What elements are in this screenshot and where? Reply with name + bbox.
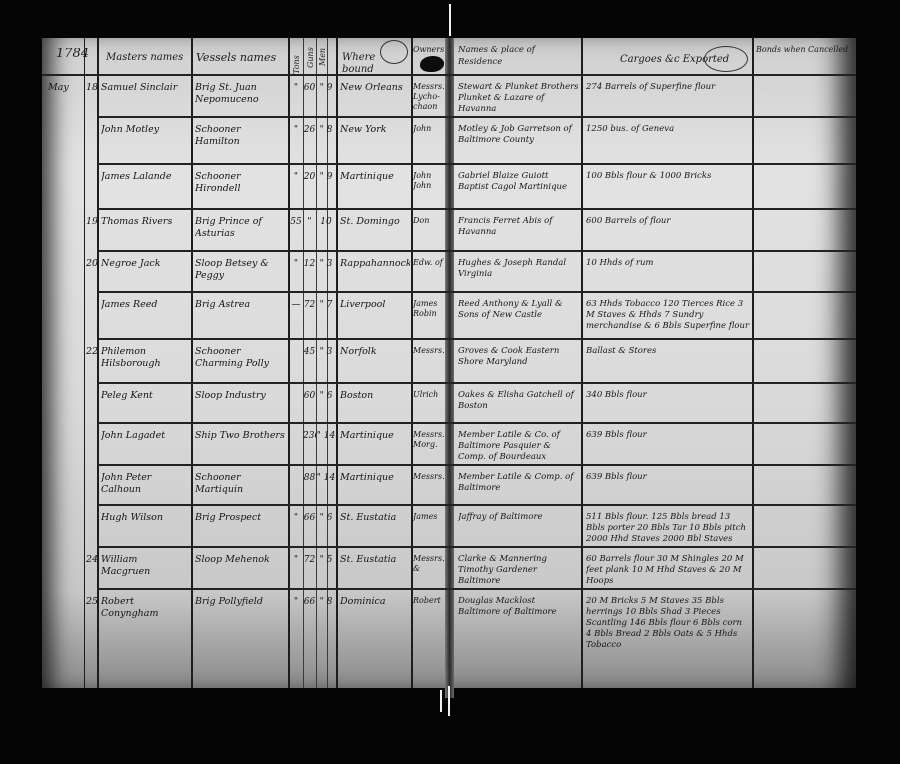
vessel-name-cell: Schooner Hirondell bbox=[195, 171, 287, 208]
owner-cell: Ulrich bbox=[413, 390, 445, 422]
vessel-name-cell: Schooner Martiquin bbox=[195, 472, 287, 504]
tons-col3-cell: " 9 bbox=[316, 171, 336, 208]
bond-cell bbox=[756, 299, 854, 338]
residence-cell: Member Latile & Co. of Baltimore Pasquie… bbox=[458, 430, 580, 464]
where-bound-cell: Liverpool bbox=[340, 299, 410, 338]
where-bound-cell: Dominica bbox=[340, 596, 410, 686]
residence-cell: Clarke & Mannering Timothy Gardener Balt… bbox=[458, 554, 580, 588]
row-rule bbox=[97, 588, 856, 590]
tons-col2-cell: 45 bbox=[303, 346, 316, 382]
vessel-name-cell: Brig Pollyfield bbox=[195, 596, 287, 686]
tons-col3-cell: 10 bbox=[316, 216, 336, 250]
residence-cell: Douglas Macklost Baltimore of Baltimore bbox=[458, 596, 580, 686]
vessel-name-cell: Brig Prospect bbox=[195, 512, 287, 546]
cargo-cell: 60 Barrels flour 30 M Shingles 20 M feet… bbox=[586, 554, 750, 588]
tons-col1-cell bbox=[289, 390, 303, 422]
tons-col3-cell: " 3 bbox=[316, 346, 336, 382]
month-cell bbox=[48, 216, 82, 250]
residence-cell: Jaffray of Baltimore bbox=[458, 512, 580, 546]
master-name-cell: Negroe Jack bbox=[101, 258, 189, 291]
row-rule bbox=[97, 163, 856, 165]
master-name-cell: Thomas Rivers bbox=[101, 216, 189, 250]
month-cell bbox=[48, 554, 82, 588]
cargo-cell: 511 Bbls flour. 125 Bbls bread 13 Bbls p… bbox=[586, 512, 750, 546]
header-bonds: Bonds when Cancelled bbox=[756, 44, 856, 56]
row-rule bbox=[97, 116, 856, 118]
month-cell bbox=[48, 390, 82, 422]
where-bound-cell: Martinique bbox=[340, 430, 410, 464]
tons-col1-cell: " bbox=[289, 124, 303, 163]
owner-cell: Edw. of bbox=[413, 258, 445, 291]
master-name-cell: James Reed bbox=[101, 299, 189, 338]
tons-col3-cell: " 8 bbox=[316, 596, 336, 686]
day-cell: 18 bbox=[86, 82, 98, 116]
where-bound-cell: Martinique bbox=[340, 171, 410, 208]
tons-col2-cell: 88 bbox=[303, 472, 316, 504]
book-gutter bbox=[445, 38, 454, 698]
tons-col1-cell: " bbox=[289, 512, 303, 546]
tons-col3-cell: " 8 bbox=[316, 124, 336, 163]
where-bound-cell: Martinique bbox=[340, 472, 410, 504]
where-bound-cell: St. Eustatia bbox=[340, 512, 410, 546]
tons-col2-cell: 20 bbox=[303, 171, 316, 208]
bond-cell bbox=[756, 171, 854, 208]
row-rule bbox=[97, 250, 856, 252]
header-men: Men bbox=[318, 48, 327, 66]
tons-col3-cell: " 5 bbox=[316, 554, 336, 588]
bond-cell bbox=[756, 216, 854, 250]
day-cell: 22 bbox=[86, 346, 98, 382]
owner-cell: Messrs. bbox=[413, 472, 445, 504]
master-name-cell: James Lalande bbox=[101, 171, 189, 208]
scan-marker-top bbox=[449, 4, 451, 36]
cargo-cell: 274 Barrels of Superfine flour bbox=[586, 82, 750, 116]
tons-col2-cell: 26 bbox=[303, 124, 316, 163]
tons-col1-cell: " bbox=[289, 82, 303, 116]
day-cell: 20 bbox=[86, 258, 98, 291]
residence-cell: Oakes & Elisha Gatchell of Boston bbox=[458, 390, 580, 422]
header-vessels-names: Vessels names bbox=[196, 52, 286, 64]
tons-col2-cell: " bbox=[303, 216, 316, 250]
day-cell bbox=[86, 299, 98, 338]
month-cell bbox=[48, 171, 82, 208]
tons-col3-cell: " 14 bbox=[316, 430, 336, 464]
residence-cell: Motley & Job Garretson of Baltimore Coun… bbox=[458, 124, 580, 163]
owner-cell: John John bbox=[413, 171, 445, 208]
owner-cell: Robert bbox=[413, 596, 445, 686]
row-rule bbox=[97, 504, 856, 506]
where-bound-cell: Norfolk bbox=[340, 346, 410, 382]
master-name-cell: Samuel Sinclair bbox=[101, 82, 189, 116]
where-bound-cell: St. Eustatia bbox=[340, 554, 410, 588]
cargo-cell: 20 M Bricks 5 M Staves 35 Bbls herrings … bbox=[586, 596, 750, 686]
day-cell bbox=[86, 171, 98, 208]
bond-cell bbox=[756, 390, 854, 422]
cargo-cell: 10 Hhds of rum bbox=[586, 258, 750, 291]
tons-col1-cell: " bbox=[289, 258, 303, 291]
vessel-name-cell: Ship Two Brothers bbox=[195, 430, 287, 464]
rule-after-master bbox=[191, 38, 193, 688]
tons-col2-cell: 72 bbox=[303, 554, 316, 588]
rule-after-residence bbox=[581, 38, 583, 688]
bond-cell bbox=[756, 124, 854, 163]
bond-cell bbox=[756, 258, 854, 291]
month-cell bbox=[48, 430, 82, 464]
ink-blot bbox=[420, 56, 444, 72]
where-bound-cell: Boston bbox=[340, 390, 410, 422]
tons-col2-cell: 72 bbox=[303, 299, 316, 338]
tons-col2-cell: 66 bbox=[303, 596, 316, 686]
owner-cell: Messrs. bbox=[413, 346, 445, 382]
tons-col1-cell bbox=[289, 472, 303, 504]
header-rule bbox=[42, 74, 856, 76]
owner-cell: Messrs. Lycho-chaon bbox=[413, 82, 445, 116]
vessel-name-cell: Brig Astrea bbox=[195, 299, 287, 338]
owner-cell: John bbox=[413, 124, 445, 163]
row-rule bbox=[97, 208, 856, 210]
rule-date-split bbox=[84, 38, 85, 688]
tons-col2-cell: 12 bbox=[303, 258, 316, 291]
tons-col1-cell bbox=[289, 430, 303, 464]
header-flourish bbox=[380, 40, 408, 64]
month-cell bbox=[48, 124, 82, 163]
cargo-cell: 600 Barrels of flour bbox=[586, 216, 750, 250]
cargo-cell: 100 Bbls flour & 1000 Bricks bbox=[586, 171, 750, 208]
tons-col2-cell: 66 bbox=[303, 512, 316, 546]
vessel-name-cell: Brig Prince of Asturias bbox=[195, 216, 287, 250]
vessel-name-cell: Sloop Industry bbox=[195, 390, 287, 422]
master-name-cell: Hugh Wilson bbox=[101, 512, 189, 546]
tons-col3-cell: " 9 bbox=[316, 82, 336, 116]
day-cell bbox=[86, 512, 98, 546]
cargo-cell: 1250 bus. of Geneva bbox=[586, 124, 750, 163]
tons-col3-cell: " 6 bbox=[316, 390, 336, 422]
month-cell bbox=[48, 346, 82, 382]
month-cell bbox=[48, 258, 82, 291]
bond-cell bbox=[756, 472, 854, 504]
master-name-cell: Peleg Kent bbox=[101, 390, 189, 422]
tons-col3-cell: " 7 bbox=[316, 299, 336, 338]
tons-col3-cell: " 3 bbox=[316, 258, 336, 291]
row-rule bbox=[97, 422, 856, 424]
residence-cell: Member Latile & Comp. of Baltimore bbox=[458, 472, 580, 504]
vessel-name-cell: Brig St. Juan Nepomuceno bbox=[195, 82, 287, 116]
day-cell bbox=[86, 430, 98, 464]
header-tons: Tons bbox=[292, 55, 301, 74]
vessel-name-cell: Sloop Mehenok bbox=[195, 554, 287, 588]
master-name-cell: John Peter Calhoun bbox=[101, 472, 189, 504]
where-bound-cell: New Orleans bbox=[340, 82, 410, 116]
tons-col1-cell: " bbox=[289, 596, 303, 686]
cargo-cell: 340 Bbls flour bbox=[586, 390, 750, 422]
master-name-cell: John Motley bbox=[101, 124, 189, 163]
vessel-name-cell: Schooner Hamilton bbox=[195, 124, 287, 163]
cargo-cell: Ballast & Stores bbox=[586, 346, 750, 382]
day-cell bbox=[86, 390, 98, 422]
tons-col1-cell: " bbox=[289, 554, 303, 588]
residence-cell: Hughes & Joseph Randal Virginia bbox=[458, 258, 580, 291]
header-residence: Names & place of Residence bbox=[458, 44, 580, 68]
where-bound-cell: Rappahannock bbox=[340, 258, 410, 291]
scan-marker-bottom-2 bbox=[448, 686, 450, 716]
row-rule bbox=[97, 464, 856, 466]
month-cell bbox=[48, 299, 82, 338]
rule-after-tons bbox=[336, 38, 338, 688]
owner-cell: Messrs. & bbox=[413, 554, 445, 588]
bond-cell bbox=[756, 554, 854, 588]
header-masters-names: Masters names bbox=[106, 52, 190, 64]
day-cell: 25 bbox=[86, 596, 98, 686]
month-cell bbox=[48, 472, 82, 504]
row-rule bbox=[97, 338, 856, 340]
residence-cell: Gabriel Blaize Guiott Baptist Cagol Mart… bbox=[458, 171, 580, 208]
bond-cell bbox=[756, 346, 854, 382]
day-cell: 19 bbox=[86, 216, 98, 250]
bond-cell bbox=[756, 430, 854, 464]
row-rule bbox=[97, 291, 856, 293]
bond-cell bbox=[756, 596, 854, 686]
master-name-cell: John Lagadet bbox=[101, 430, 189, 464]
day-cell bbox=[86, 124, 98, 163]
owner-cell: James Robin bbox=[413, 299, 445, 338]
cargo-cell: 639 Bbls flour bbox=[586, 430, 750, 464]
scan-marker-bottom-1 bbox=[440, 690, 442, 712]
tons-col1-cell: — bbox=[289, 299, 303, 338]
tons-col2-cell: 60 bbox=[303, 82, 316, 116]
vessel-name-cell: Sloop Betsey & Peggy bbox=[195, 258, 287, 291]
where-bound-cell: St. Domingo bbox=[340, 216, 410, 250]
master-name-cell: Robert Conyngham bbox=[101, 596, 189, 686]
tons-col1-cell bbox=[289, 346, 303, 382]
residence-cell: Reed Anthony & Lyall & Sons of New Castl… bbox=[458, 299, 580, 338]
header-owners: Owners bbox=[413, 44, 447, 56]
bond-cell bbox=[756, 512, 854, 546]
rule-after-cargo bbox=[752, 38, 754, 688]
owner-cell: Messrs. Morg. bbox=[413, 430, 445, 464]
month-cell: May bbox=[48, 82, 82, 116]
residence-cell: Groves & Cook Eastern Shore Maryland bbox=[458, 346, 580, 382]
cargo-cell: 63 Hhds Tobacco 120 Tierces Rice 3 M Sta… bbox=[586, 299, 750, 338]
owner-cell: Don bbox=[413, 216, 445, 250]
day-cell: 24 bbox=[86, 554, 98, 588]
tons-col3-cell: " 14 bbox=[316, 472, 336, 504]
cargo-cell: 639 Bbls flour bbox=[586, 472, 750, 504]
tons-col3-cell: " 6 bbox=[316, 512, 336, 546]
day-cell bbox=[86, 472, 98, 504]
month-cell bbox=[48, 512, 82, 546]
master-name-cell: Philemon Hilsborough bbox=[101, 346, 189, 382]
vessel-name-cell: Schooner Charming Polly bbox=[195, 346, 287, 382]
tons-col2-cell: 236 bbox=[303, 430, 316, 464]
bond-cell bbox=[756, 82, 854, 116]
header-year: 1784 bbox=[56, 48, 96, 60]
residence-cell: Stewart & Plunket Brothers Plunket & Laz… bbox=[458, 82, 580, 116]
row-rule bbox=[97, 382, 856, 384]
owner-cell: James bbox=[413, 512, 445, 546]
row-rule bbox=[97, 546, 856, 548]
tons-col1-cell: 55 bbox=[289, 216, 303, 250]
tons-col1-cell: " bbox=[289, 171, 303, 208]
month-cell bbox=[48, 596, 82, 686]
header-cargo-flourish bbox=[704, 46, 748, 72]
where-bound-cell: New York bbox=[340, 124, 410, 163]
tons-col2-cell: 60 bbox=[303, 390, 316, 422]
master-name-cell: William Macgruen bbox=[101, 554, 189, 588]
residence-cell: Francis Ferret Abis of Havanna bbox=[458, 216, 580, 250]
header-guns: Guns bbox=[306, 47, 315, 68]
